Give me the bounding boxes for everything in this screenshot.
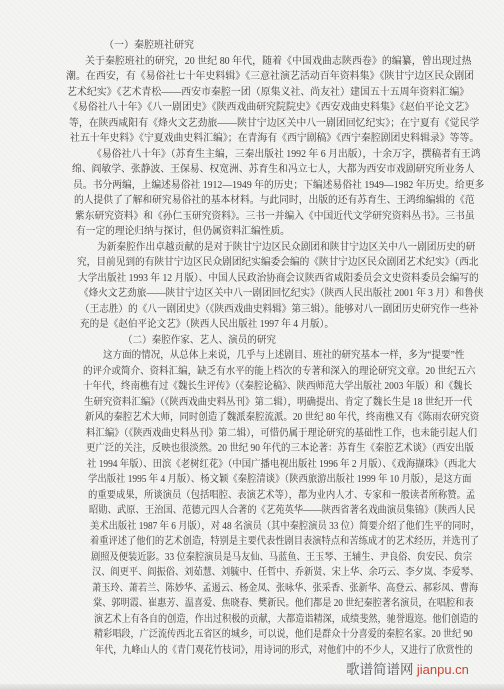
text-line: 剧照及便装近影。33 位秦腔演员是马友仙、马蓝鱼、王玉琴、王辅生、尹良俗、贠安民… xyxy=(91,550,472,566)
text-line: 《烽火文艺劲旅——陕甘宁边区关中八一剧团回忆纪实》（陕西人民出版社 2001 年… xyxy=(79,286,488,302)
scanned-page-background: （一）秦腔班社研究关于秦腔班社的研究，20 世纪 80 年代，随着《中国戏曲志陕… xyxy=(0,0,504,690)
text-line: 汉、阎更平、阎振俗、刘茹慧、刘毓中、任哲中、乔新贤、宋上华、余巧云、李夕岚、李爱… xyxy=(92,565,472,581)
watermark-site-url: jianpu.cn xyxy=(417,662,469,677)
text-line: 员。书分两编，上编述易俗社 1912—1949 年的历史；下编述易俗社 1949… xyxy=(73,178,495,194)
text-line: 社 1994 年版）、田滨《老树红花》（中国广播电视出版社 1996 年 2 月… xyxy=(87,457,478,473)
text-line: 十年代，终南樵有过《魏长生评传》（《秦腔论稿》、陕西师范大学出版社 2003 年… xyxy=(83,379,482,395)
text-line: 料汇编》（《陕西戏曲史料丛刊》第二辑），可惜仍属于理论研究的基础性工作，也未能引… xyxy=(86,426,480,442)
watermark: 歌谱简谱网 jianpu.cn xyxy=(346,661,469,678)
text-line: 有一定的理论归纳与探讨，但仍属资料汇编性质。 xyxy=(76,224,493,240)
text-line: 究，目前见到的有陕甘宁边区民众剧团纪实编委会编的《陕甘宁边区民众剧团艺术纪实》（… xyxy=(77,255,490,271)
text-line: 更广泛的关注，反映也很淡然。20 世纪 90 年代的三本论著：苏育生《秦腔艺术谈… xyxy=(86,441,479,457)
text-body: （一）秦腔班社研究关于秦腔班社的研究，20 世纪 80 年代，随着《中国戏曲志陕… xyxy=(0,38,504,658)
text-line: （二）秦腔作家、艺人、演员的研究 xyxy=(123,333,487,349)
text-line: 等，在陕西咸阳有《烽火文艺劲旅——陕甘宁边区关中八一剧团回忆纪实》；在宁夏有《觉… xyxy=(69,116,499,132)
watermark-site-name: 歌谱简谱网 xyxy=(346,662,414,677)
text-line: 充的是《赵伯平论文艺》（陕西人民出版社 1997 年 4 月版）。 xyxy=(80,317,486,333)
text-line: 美术出版社 1987 年 6 月版），对 48 名演员（其中秦腔演员 33 位）… xyxy=(90,519,475,535)
text-line: 《易俗社八十年》（苏育生主编，三秦出版社 1992 年 6 月出版），十余万字，… xyxy=(92,147,497,163)
text-line: 的评介或简介、资料汇编，缺乏有水平的能上档次的专著和深入的理论研究文章。20 世… xyxy=(83,364,484,380)
text-line: （王志胜）的《八一剧团史》（《陕西戏曲史料辑》第三辑）。能够对八一剧团历史研究作… xyxy=(80,302,488,318)
text-line: 昭勋、武原、王治国、范德元四人合著的《艺苑英华——陕西省著名戏曲演员集锦》（陕西… xyxy=(89,503,475,519)
text-line: 年代，九峰山人的《青门观花竹枝词》，用诗词的形式，对他们中的不少人，又进行了欣赏… xyxy=(95,643,467,659)
text-line: 绵、阎敏学、张静波、王保易、权宽洲、苏育生和冯立七人，大都为西安市戏剧研究所业务… xyxy=(72,162,496,178)
text-line: 为新秦腔作出卓越贡献的是对于陕甘宁边区民众剧团和陕甘宁边区关中八一剧团历史的研 xyxy=(97,240,491,256)
text-line: 大学出版社 1993 年 12 月版）、中国人民政治协商会议陕西省咸阳委员会文史… xyxy=(78,271,489,287)
text-line: 学出版社 1995 年 4 月版）、杨文颖《秦腔清谈》（陕西旅游出版社 1999… xyxy=(88,472,477,488)
text-line: 演艺术上有各自的创造，作出过积极的贡献，大都造诣精深，成绩斐然，驰誉遐迩。他们创… xyxy=(94,612,469,628)
text-line: 的人提供了了解和研究易俗社的基本材料。与此同时，出版的还有苏育生、王鸿绵编辑的《… xyxy=(74,193,494,209)
text-line: 的重要成果，所谈演员（包括唱腔、表演艺术等），都为业内人才、专家和一般读者所称赞… xyxy=(88,488,476,504)
text-line: 紫东研究资料》和《孙仁玉研究资料》。三书一并编入《中国近代文学研究资料丛书》。三… xyxy=(75,209,493,225)
text-line: 棠、郭明霞、崔惠芳、温喜爱、焦晓春、樊新民。他们都是 20 世纪秦腔著名演员，在… xyxy=(93,596,470,612)
text-line: 这方面的情况，从总体上来说，几乎与上述剧目、班社的研究基本一样，多为“提要”性 xyxy=(103,348,486,364)
text-line: （一）秦腔班社研究 xyxy=(104,38,504,54)
text-line: 新风的秦腔艺术大师，同时创造了魏派秦腔流派。20 世纪 80 年代，终南樵又有《… xyxy=(85,410,481,426)
text-line: 萧玉玲、萧若兰、陈妙华、孟遏云、杨金凤、张咏华、张采香、张新华、高登云、郝彩凤、… xyxy=(92,581,470,597)
text-line: 《易俗社八十年》《八一剧团史》《陕西戏曲研究院院史》《西安戏曲史料集》《赵伯平论… xyxy=(68,100,500,116)
text-line: 着重评述了他们的艺术创造，特别是主要代表性剧目表演特点和苦练成才的艺术经历，并选… xyxy=(90,534,473,550)
page-bottom-edge-shadow xyxy=(0,684,504,690)
text-line: 社五十年史料》《宁夏戏曲史料汇编》；在青海有《西宁剧稿》《西宁秦腔剧团史料辑录》… xyxy=(70,131,498,147)
text-line: 精彩唱段，广泛流传西北五省区的城乡，可以说，他们是群众十分喜爱的秦腔名家。20 … xyxy=(94,627,468,643)
text-line: 生研究资料汇编》（《陕西戏曲史料丛刊》第二辑），明确提出、肯定了魏长生是 18 … xyxy=(84,395,482,411)
text-line: 艺术纪实》《艺术青松——西安市秦腔一团（原集义社、尚友社）建国五十五周年资料汇编… xyxy=(67,85,501,101)
text-line: 潮。在西安，有《易俗社七十年史料辑》《三意社演艺活动百年资料集》《陕甘宁边区民众… xyxy=(66,69,502,85)
text-line: 关于秦腔班社的研究，20 世纪 80 年代，随着《中国戏曲志陕西卷》的编纂，曾出… xyxy=(85,54,503,70)
